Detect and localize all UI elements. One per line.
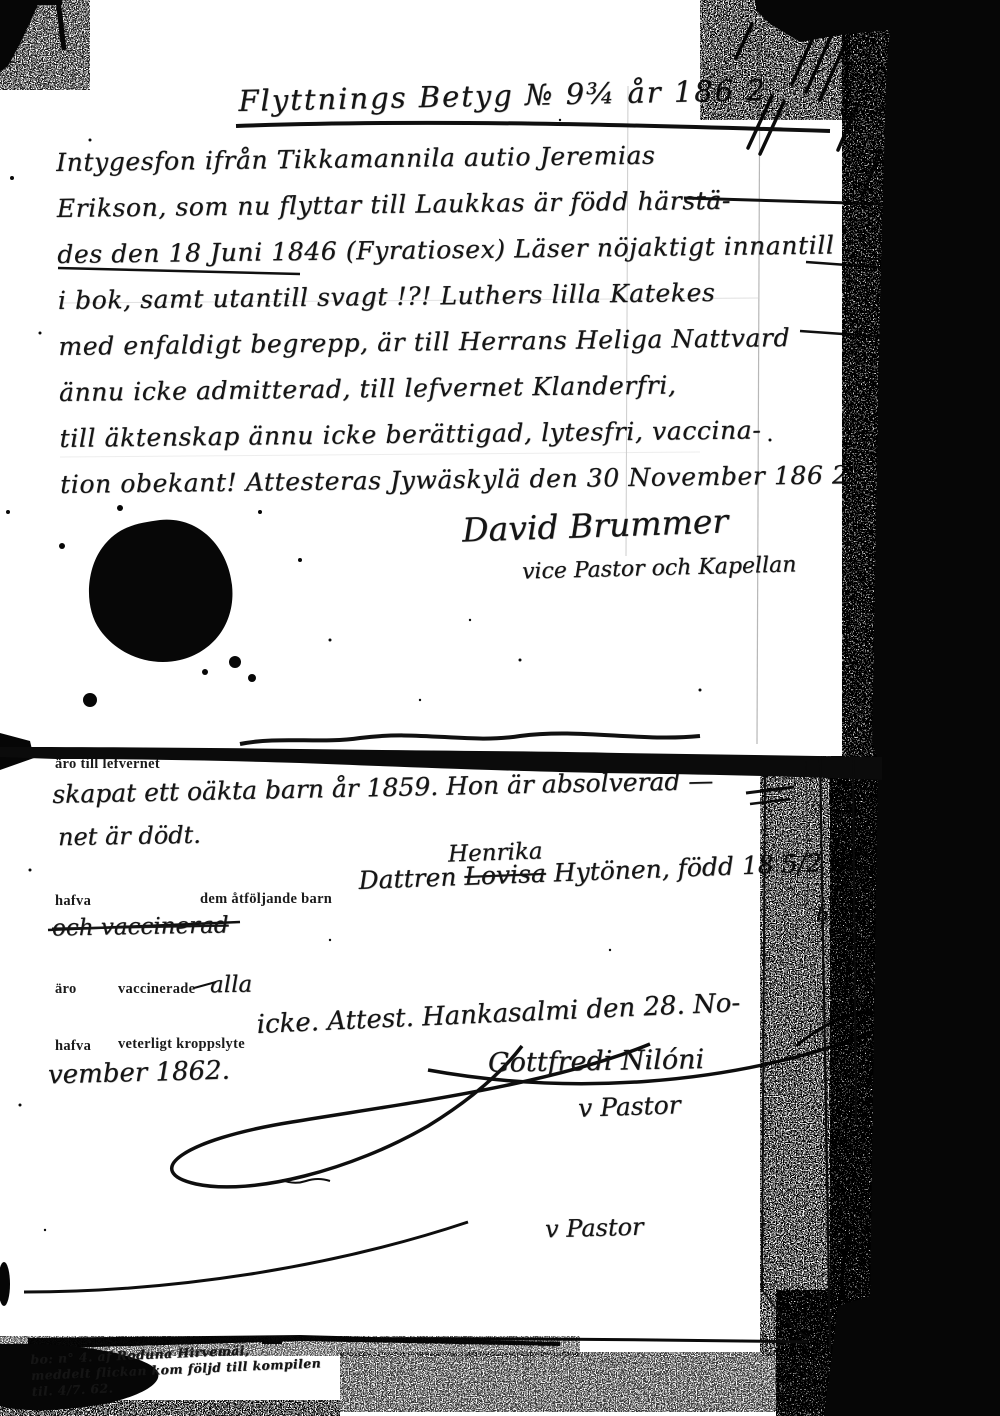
form-label-hafva-1: hafva: [55, 893, 91, 910]
hw-stray-mark: b,: [816, 902, 835, 926]
form-label-barn: dem åtföljande barn: [200, 891, 332, 908]
signature-david-brummer: David Brummer: [461, 501, 728, 549]
form-label-aro: äro: [55, 981, 77, 998]
certificate-body: Intygesfon ifrån Tikkamannila autio Jere…: [56, 138, 849, 516]
margin-note: bo: n° 4. af Roduna Hirvemäi, meddelt fl…: [30, 1339, 322, 1400]
form-label-lefvernet: äro till lefvernet: [55, 756, 160, 773]
form-label-kroppslyte: veterligt kroppslyte: [118, 1036, 245, 1053]
signature-title-v-pastor-2: v Pastor: [545, 1213, 644, 1244]
certificate-title: Flyttnings Betyg № 9¾ år 186 2: [238, 73, 767, 118]
hw-child-suffix: Hytönen, född 18 5/2 62,: [545, 846, 870, 887]
ink-blot: [59, 505, 302, 707]
hw-child-name-struck: Lovisa: [464, 859, 547, 891]
hw-lefvernet-line2: net är dödt.: [58, 821, 201, 851]
certificate-line: tion obekant! Attesteras Jywäskylä den 3…: [60, 460, 849, 516]
hw-child-prefix: Dattren: [358, 862, 465, 895]
hw-alla: alla: [210, 972, 253, 999]
hw-struck-vaccinerad: och vaccinerad: [52, 912, 229, 941]
hw-attest-line2: vember 1862.: [48, 1056, 231, 1091]
signature-title-v-pastor: v Pastor: [578, 1090, 682, 1123]
signature-gottfredi: Gottfredi Nilóni: [488, 1044, 705, 1079]
hw-child-line: Dattren Lovisa Hytönen, född 18 5/2 62,: [358, 846, 870, 895]
form-label-hafva-2: hafva: [55, 1038, 91, 1055]
scanned-document-page: Flyttnings Betyg № 9¾ år 186 2 Intygesfo…: [0, 0, 1000, 1416]
signature-title: vice Pastor och Kapellan: [522, 552, 797, 584]
hw-attest-line1: icke. Attest. Hankasalmi den 28. No-: [256, 988, 741, 1040]
form-label-vaccinerade: vaccinerade: [118, 981, 195, 998]
